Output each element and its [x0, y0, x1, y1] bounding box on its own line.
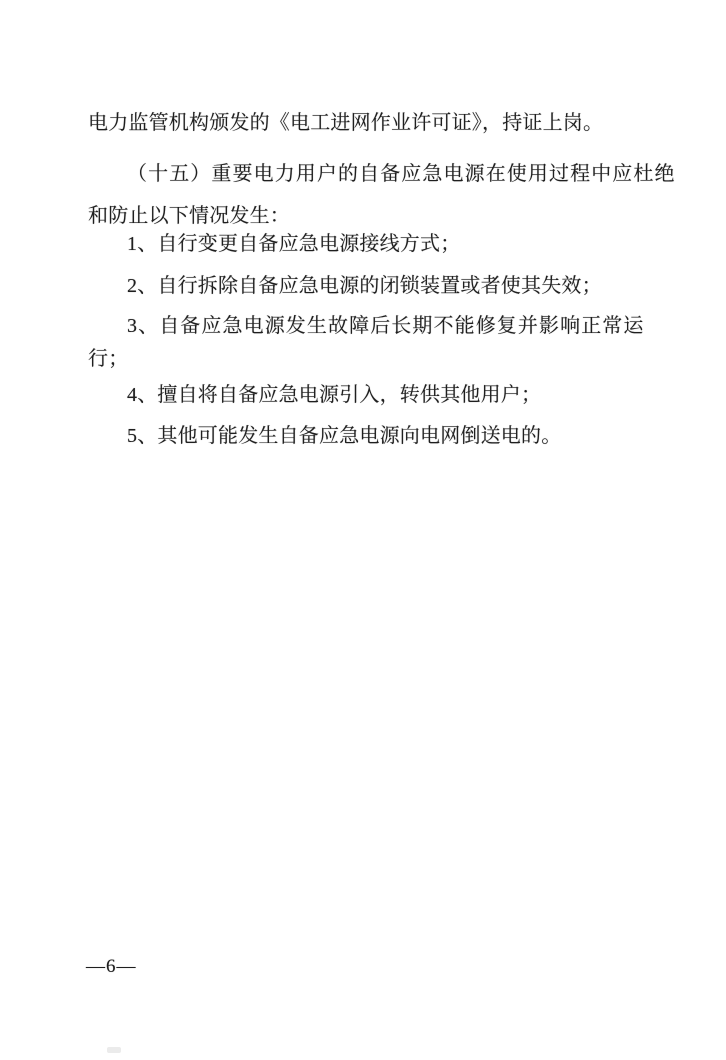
list-item-5: 5、其他可能发生自备应急电源向电网倒送电的。 [127, 424, 561, 448]
scan-artifact [107, 1047, 121, 1053]
page-number: —6— [86, 956, 137, 978]
paragraph-continuation-line: 电力监管机构颁发的《电工进网作业许可证》，持证上岗。 [88, 111, 603, 135]
list-item-1: 1、自行变更自备应急电源接线方式； [127, 232, 460, 256]
list-item-2: 2、自行拆除自备应急电源的闭锁装置或者使其失效； [127, 274, 602, 298]
list-item-3-line-1: 3、自备应急电源发生故障后长期不能修复并影响正常运 [127, 314, 645, 338]
document-page: 电力监管机构颁发的《电工进网作业许可证》，持证上岗。 （十五）重要电力用户的自备… [0, 0, 726, 1060]
list-item-3-line-2: 行； [88, 347, 128, 371]
section-15-heading-line-1: （十五）重要电力用户的自备应急电源在使用过程中应杜绝 [127, 162, 676, 186]
list-item-4: 4、擅自将自备应急电源引入，转供其他用户； [127, 383, 541, 407]
section-15-heading-line-2: 和防止以下情况发生： [88, 204, 290, 228]
